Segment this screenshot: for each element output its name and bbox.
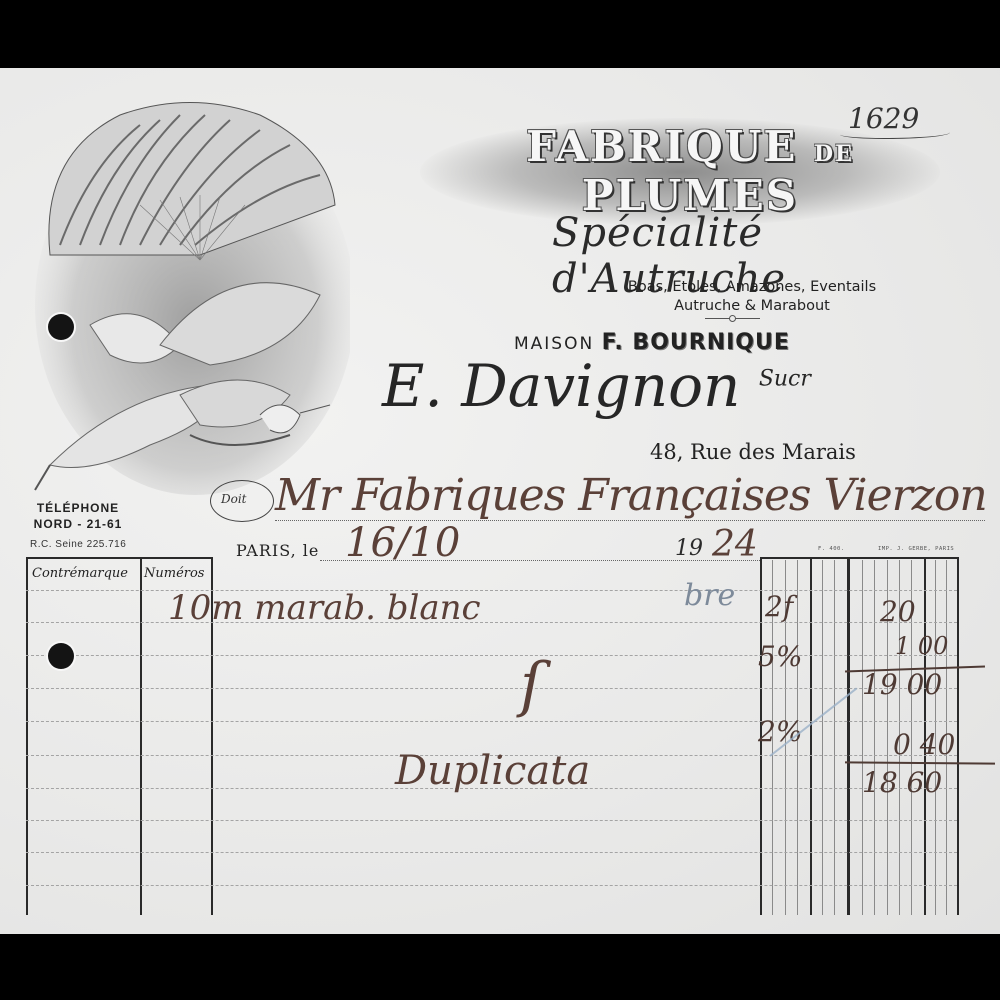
- ornamental-divider: [705, 318, 760, 319]
- column-line: [847, 557, 850, 915]
- grid-line: [874, 560, 875, 915]
- recipient-handwritten: Mr Fabriques Françaises Vierzon: [275, 470, 987, 521]
- year-prefix: 19: [675, 536, 703, 561]
- ruled-row: [26, 655, 957, 656]
- telephone-block: TÉLÉPHONE NORD - 21-61: [18, 500, 138, 532]
- title-word-fabrique: FABRIQUE: [526, 122, 797, 171]
- ruled-row: [26, 622, 957, 623]
- amount-discount-1: 1 00: [895, 632, 948, 660]
- registry-number: R.C. Seine 225.716: [30, 539, 126, 550]
- column-line: [810, 557, 812, 915]
- column-line: [957, 557, 959, 915]
- line-item-description: 10m marab. blanc: [168, 588, 481, 628]
- grid-line: [834, 560, 835, 915]
- grid-line: [822, 560, 823, 915]
- city-date-label: PARIS, le: [236, 541, 319, 560]
- column-header-numeros: Numéros: [144, 566, 204, 581]
- successor-text: E. Davignon: [382, 352, 740, 420]
- maison-label: MAISON: [514, 334, 594, 354]
- successor-name: E. Davignon Sucr: [382, 352, 811, 420]
- pencil-note: bre: [684, 578, 735, 613]
- products-line-2: Autruche & Marabout: [592, 297, 912, 316]
- year-suffix: 24: [712, 524, 758, 565]
- ruled-row: [26, 688, 957, 689]
- duplicata-annotation: Duplicata: [395, 748, 590, 794]
- successor-suffix: Sucr: [759, 367, 811, 392]
- doit-cartouche: Doit: [210, 480, 274, 522]
- ruled-row: [26, 590, 957, 591]
- punch-hole: [48, 643, 74, 669]
- handwritten-flourish: ſ: [520, 650, 542, 720]
- form-code: F. 400.: [818, 546, 845, 552]
- grid-line: [862, 560, 863, 915]
- amount-total: 18 60: [862, 766, 942, 799]
- column-header-contremarque: Contrémarque: [32, 566, 128, 581]
- column-line: [140, 557, 142, 915]
- table-top-border-left: [26, 557, 211, 559]
- title-word-de: DE: [814, 141, 854, 167]
- ruled-row: [26, 885, 957, 886]
- company-address: 48, Rue des Marais: [650, 440, 856, 464]
- date-day-month: 16/10: [345, 520, 460, 566]
- amount-discount-2: 0 40: [893, 728, 955, 761]
- products-list: Boas, Etoles, Amazones, Eventails Autruc…: [592, 278, 912, 316]
- feather-fan-illustration: [30, 95, 350, 495]
- telephone-label: TÉLÉPHONE: [18, 500, 138, 516]
- table-top-border-right: [760, 557, 958, 559]
- doit-label: Doit: [221, 492, 247, 506]
- amount-gross: 20: [880, 595, 916, 628]
- amount-subtotal: 19 00: [862, 668, 942, 701]
- discount-2: 2%: [758, 715, 802, 748]
- discount-1: 5%: [758, 640, 802, 673]
- telephone-number: NORD - 21-61: [18, 516, 138, 532]
- ruled-row: [26, 852, 957, 853]
- unit-price: 2f: [765, 590, 793, 623]
- ruled-row: [26, 820, 957, 821]
- column-line: [26, 557, 28, 915]
- printer-credit: IMP. J. GERBE, PARIS: [878, 546, 954, 552]
- ruled-row: [26, 721, 957, 722]
- products-line-1: Boas, Etoles, Amazones, Eventails: [592, 278, 912, 297]
- punch-hole: [48, 314, 74, 340]
